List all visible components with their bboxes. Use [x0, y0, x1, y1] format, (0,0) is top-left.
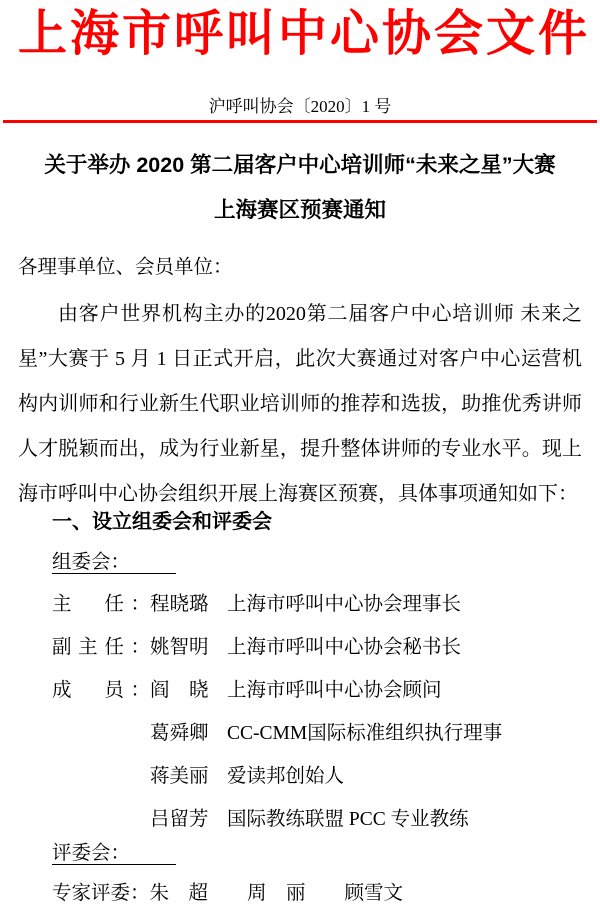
committee-member-row: 主 任： 程晓璐 上海市呼叫中心协会理事长 — [18, 583, 582, 626]
member-org: 爱读邦创始人 — [227, 755, 582, 798]
expert-judges-names: 朱 超 周 丽 顾雪文 — [150, 874, 404, 906]
body-paragraph: 由客户世界机构主办的2020第二届客户中心培训师 未来之星”大赛于 5 月 1 … — [18, 292, 582, 517]
member-name: 蒋美丽 — [150, 755, 227, 798]
member-name: 阎 晓 — [150, 669, 227, 712]
document-number: 沪呼叫协会〔2020〕1 号 — [18, 95, 582, 119]
member-role: 主 任： — [52, 583, 150, 626]
member-role — [52, 755, 150, 798]
document-header-title: 上海市呼叫中心协会文件 — [18, 4, 582, 64]
salutation: 各理事单位、会员单位： — [18, 254, 582, 281]
member-org: 上海市呼叫中心协会顾问 — [227, 669, 582, 712]
document-title-line1: 关于举办 2020 第二届客户中心培训师“未来之星”大赛 — [18, 143, 582, 188]
member-org: 上海市呼叫中心协会秘书长 — [227, 626, 582, 669]
judging-committee-label: 评委会： — [52, 843, 176, 865]
expert-judges-label: 专家评委： — [52, 874, 150, 906]
member-role — [52, 712, 150, 755]
member-name: 葛舜卿 — [150, 712, 227, 755]
member-org: 国际教练联盟 PCC 专业教练 — [227, 798, 582, 841]
committee-member-row: 蒋美丽 爱读邦创始人 — [18, 755, 582, 798]
member-org: 上海市呼叫中心协会理事长 — [227, 583, 582, 626]
committee-member-row: 葛舜卿 CC-CMM国际标准组织执行理事 — [18, 712, 582, 755]
document-title-line2: 上海赛区预赛通知 — [18, 188, 582, 233]
member-name: 程晓璐 — [150, 583, 227, 626]
red-divider-line — [3, 120, 597, 123]
organizing-committee-label: 组委会： — [52, 552, 176, 574]
member-org: CC-CMM国际标准组织执行理事 — [227, 712, 582, 755]
organizing-committee-label-row: 组委会： — [18, 543, 582, 583]
expert-judges-row: 专家评委： 朱 超 周 丽 顾雪文 — [18, 874, 582, 906]
member-name: 姚智明 — [150, 626, 227, 669]
committee-member-row: 副主任： 姚智明 上海市呼叫中心协会秘书长 — [18, 626, 582, 669]
member-role: 成 员： — [52, 669, 150, 712]
official-document-page: 上海市呼叫中心协会文件 沪呼叫协会〔2020〕1 号 关于举办 2020 第二届… — [0, 0, 600, 906]
committee-member-row: 成 员： 阎 晓 上海市呼叫中心协会顾问 — [18, 669, 582, 712]
document-title: 关于举办 2020 第二届客户中心培训师“未来之星”大赛 上海赛区预赛通知 — [18, 143, 582, 233]
member-role: 副主任： — [52, 626, 150, 669]
